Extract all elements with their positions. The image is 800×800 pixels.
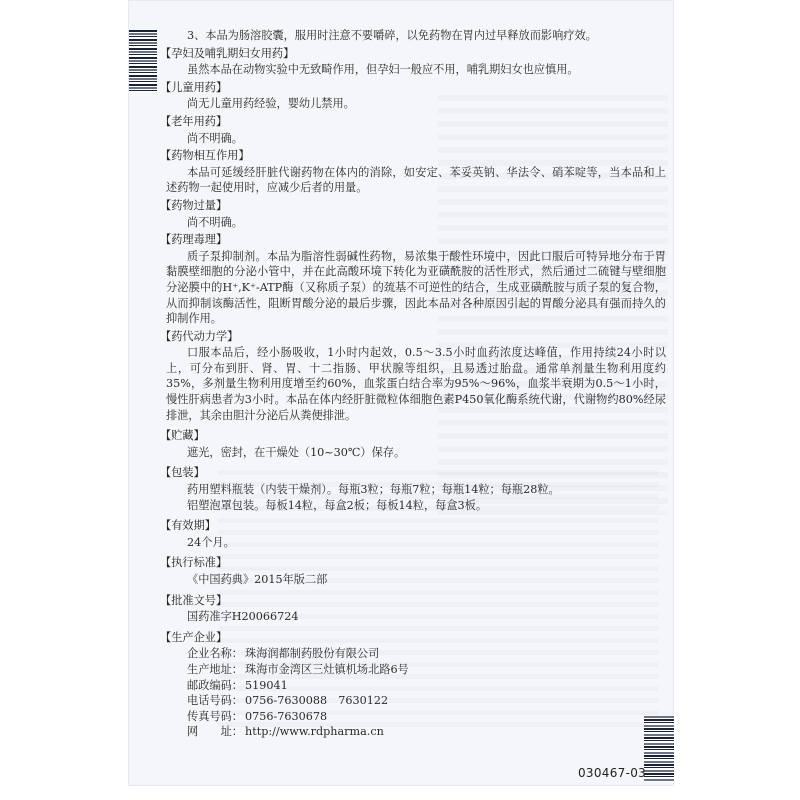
section-body-standard: 《中国药典》2015年版二部	[166, 572, 666, 588]
manufacturer-fax-row: 传真号码：0756-7630678	[166, 709, 666, 725]
section-body-pediatric: 尚无儿童用药经验，婴幼儿禁用。	[166, 96, 666, 112]
section-body-storage: 遮光，密封，在干燥处（10~30℃）保存。	[166, 445, 666, 461]
section-body-pharmacokinetics: 口服本品后，经小肠吸收，1小时内起效，0.5～3.5小时血药浓度达峰值，作用持续…	[166, 345, 666, 423]
section-heading-manufacturer: 【生产企业】	[160, 630, 666, 646]
manufacturer-name: 珠海润都制药股份有限公司	[245, 647, 379, 660]
manufacturer-fax-label: 传真号码：	[187, 709, 245, 725]
section-body-approval-number: 国药准字H20066724	[166, 609, 666, 625]
precaution-item-3: 3、本品为肠溶胶囊，服用时注意不要嚼碎，以免药物在胃内过早释放而影响疗效。	[166, 28, 666, 44]
section-body-overdose: 尚不明确。	[166, 215, 666, 231]
section-heading-pediatric: 【儿童用药】	[160, 80, 666, 96]
insert-content: 3、本品为肠溶胶囊，服用时注意不要嚼碎，以免药物在胃内过早释放而影响疗效。 【孕…	[166, 28, 666, 740]
section-heading-storage: 【贮藏】	[160, 428, 666, 444]
manufacturer-website-row: 网 址：http://www.rdpharma.cn	[166, 724, 666, 740]
section-heading-standard: 【执行标准】	[160, 555, 666, 571]
section-heading-packaging: 【包装】	[160, 465, 666, 481]
manufacturer-postcode-row: 邮政编码：519041	[166, 678, 666, 694]
manufacturer-postcode: 519041	[245, 679, 288, 692]
manufacturer-name-label: 企业名称：	[187, 646, 245, 662]
section-body-shelf-life: 24个月。	[166, 535, 666, 551]
manufacturer-phone-label: 电话号码：	[187, 693, 245, 709]
manufacturer-fax: 0756-7630678	[245, 710, 327, 723]
section-body-interactions: 本品可延缓经肝脏代谢药物在体内的消除，如安定、苯妥英钠、华法令、硝苯啶等，当本品…	[166, 165, 666, 196]
manufacturer-website: http://www.rdpharma.cn	[245, 725, 384, 738]
manufacturer-phone: 0756-7630088 7630122	[245, 694, 388, 707]
registration-marks-top	[129, 30, 157, 92]
section-body-pharmacology: 质子泵抑制剂。本品为脂溶性弱碱性药物，易浓集于酸性环境中，因此口服后可特异地分布…	[166, 249, 666, 327]
section-body-packaging-bottle: 药用塑料瓶装（内装干燥剂）。每瓶3粒；每瓶7粒；每瓶14粒；每瓶28粒。	[166, 482, 666, 498]
section-heading-interactions: 【药物相互作用】	[160, 148, 666, 164]
section-heading-overdose: 【药物过量】	[160, 198, 666, 214]
manufacturer-phone-row: 电话号码：0756-7630088 7630122	[166, 693, 666, 709]
section-heading-pregnancy: 【孕妇及哺乳期妇女用药】	[160, 46, 666, 62]
manufacturer-name-row: 企业名称：珠海润都制药股份有限公司	[166, 646, 666, 662]
section-body-pregnancy: 虽然本品在动物实验中无致畸作用，但孕妇一般应不用，哺乳期妇女也应慎用。	[166, 62, 666, 78]
section-heading-pharmacology: 【药理毒理】	[160, 232, 666, 248]
section-heading-pharmacokinetics: 【药代动力学】	[160, 329, 666, 345]
manufacturer-address-row: 生产地址：珠海市金湾区三灶镇机场北路6号	[166, 662, 666, 678]
section-body-geriatric: 尚不明确。	[166, 131, 666, 147]
manufacturer-postcode-label: 邮政编码：	[187, 678, 245, 694]
manufacturer-address-label: 生产地址：	[187, 662, 245, 678]
print-code: 030467-03	[578, 766, 646, 780]
section-heading-shelf-life: 【有效期】	[160, 518, 666, 534]
section-heading-approval-number: 【批准文号】	[160, 593, 666, 609]
manufacturer-website-label: 网 址：	[187, 724, 245, 740]
manufacturer-address: 珠海市金湾区三灶镇机场北路6号	[245, 663, 409, 676]
section-body-packaging-blister: 铝塑泡罩包装。每板14粒，每盒2板；每板14粒，每盒3板。	[166, 498, 666, 514]
section-heading-geriatric: 【老年用药】	[160, 114, 666, 130]
